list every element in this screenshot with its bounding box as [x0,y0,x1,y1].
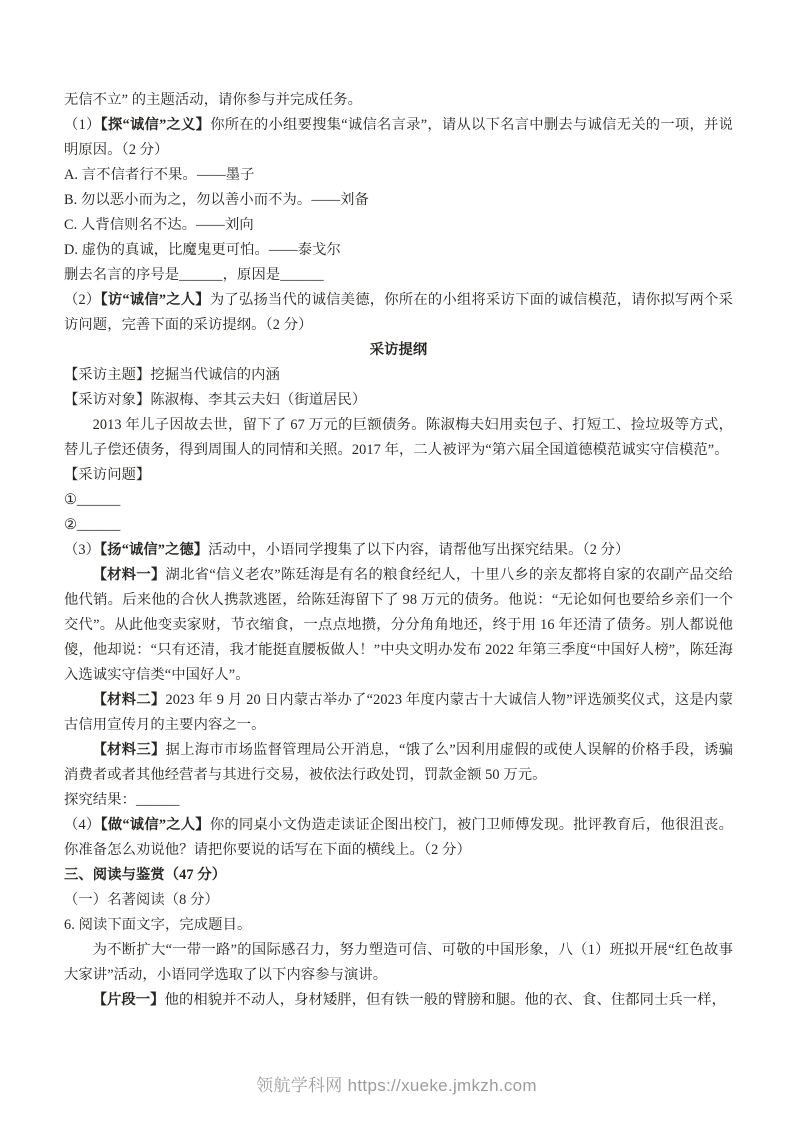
interview-theme: 【采访主题】挖掘当代诚信的内涵 [64,363,733,388]
bold-label: 【做“诚信”之人】 [100,817,209,833]
interview-outline-title: 采访提纲 [64,338,733,363]
fragment-1: 【片段一】他的相貌并不动人，身材矮胖，但有铁一般的臂膀和腿。他的衣、食、住都同士… [64,988,733,1013]
answer-blank-line: 删去名言的序号是______，原因是______ [64,263,733,288]
interview-subject: 【采访对象】陈淑梅、李其云夫妇（街道居民） [64,388,733,413]
text-run: D. 虚伪的真诚，比魔鬼更可怕。——泰戈尔 [64,242,341,258]
option-a: A. 言不信者行不果。——墨子 [64,163,733,188]
q6-intro: 为不断扩大“一带一路”的国际感召力，努力塑造可信、可敬的中国形象，八（1）班拟开… [64,938,733,988]
text-run: 探究结果：______ [64,792,179,808]
text-run: 6. 阅读下面文字，完成题目。 [64,917,251,933]
bold-label: 【材料二】 [93,692,166,708]
text-run: 为不断扩大“一带一路”的国际感召力，努力塑造可信、可敬的中国形象，八（1）班拟开… [64,942,733,983]
q5-part2: （2）【访“诚信”之人】为了弘扬当代的诚信美德，你所在的小组将采访下面的诚信模范… [64,288,733,338]
section-3-heading: 三、阅读与鉴赏（47 分） [64,863,733,888]
material-2: 【材料二】2023 年 9 月 20 日内蒙古举办了“2023 年度内蒙古十大诚… [64,688,733,738]
interview-question-blank-1: ①______ [64,488,733,513]
text-run: （一）名著阅读（8 分） [64,892,219,908]
text-run: 无信不立” 的主题活动，请你参与并完成任务。 [64,92,362,108]
watermark-footer: 领航学科网 https://xueke.jmkzh.com [0,1071,793,1096]
bold-label: 【材料一】 [93,567,166,583]
text-run: 删去名言的序号是______，原因是______ [64,267,324,283]
option-c: C. 人背信则名不达。——刘向 [64,213,733,238]
text-run: 2023 年 9 月 20 日内蒙古举办了“2023 年度内蒙古十大诚信人物”评… [64,692,733,733]
text-run: B. 勿以恶小而为之，勿以善小而不为。——刘备 [64,192,369,208]
text-run: A. 言不信者行不果。——墨子 [64,167,255,183]
bold-label: 【材料三】 [93,742,166,758]
subsection-1-heading: （一）名著阅读（8 分） [64,888,733,913]
text-run: 【采访问题】 [64,467,150,483]
text-run: （2） [64,292,100,308]
bold-label: 【片段一】 [93,992,165,1008]
watermark-url: https://xueke.jmkzh.com [348,1076,537,1095]
material-1: 【材料一】湖北省“信义老农”陈廷海是有名的粮食经纪人，十里八乡的亲友都将自家的农… [64,563,733,688]
text-run: ①______ [64,492,120,508]
interview-background: 2013 年儿子因故去世，留下了 67 万元的巨额债务。陈淑梅夫妇用卖包子、打短… [64,413,733,463]
option-d: D. 虚伪的真诚，比魔鬼更可怕。——泰戈尔 [64,238,733,263]
bold-label: 【扬“诚信”之德】 [100,542,208,558]
text-run: 他的相貌并不动人，身材矮胖，但有铁一般的臂膀和腿。他的衣、食、住都同士兵一样， [165,992,726,1008]
interview-questions-label: 【采访问题】 [64,463,733,488]
text-run: （1） [64,117,101,133]
exam-page: 无信不立” 的主题活动，请你参与并完成任务。（1）【探“诚信”之义】你所在的小组… [0,0,793,1122]
text-run: 2013 年儿子因故去世，留下了 67 万元的巨额债务。陈淑梅夫妇用卖包子、打短… [64,417,733,458]
text-run: 【采访对象】陈淑梅、李其云夫妇（街道居民） [64,392,366,408]
bold-label: 采访提纲 [370,342,428,358]
interview-question-blank-2: ②______ [64,513,733,538]
material-3: 【材料三】据上海市市场监督管理局公开消息，“饿了么”因利用虚假的或使人误解的价格… [64,738,733,788]
q5-part3: （3）【扬“诚信”之德】活动中，小语同学搜集了以下内容，请帮他写出探究结果。（2… [64,538,733,563]
text-run: C. 人背信则名不达。——刘向 [64,217,254,233]
text-run: 【采访主题】挖掘当代诚信的内涵 [64,367,280,383]
q6-stem: 6. 阅读下面文字，完成题目。 [64,913,733,938]
text-run: 湖北省“信义老农”陈廷海是有名的粮食经纪人，十里八乡的亲友都将自家的农副产品交给… [64,567,733,683]
q5-part1: （1）【探“诚信”之义】你所在的小组要搜集“诚信名言录”，请从以下名言中删去与诚… [64,113,733,163]
bold-label: 【探“诚信”之义】 [101,117,211,133]
q5-continued-line: 无信不立” 的主题活动，请你参与并完成任务。 [64,88,733,113]
bold-label: 【访“诚信”之人】 [100,292,209,308]
option-b: B. 勿以恶小而为之，勿以善小而不为。——刘备 [64,188,733,213]
text-run: （4） [64,817,100,833]
q5-part4: （4）【做“诚信”之人】你的同桌小文伪造走读证企图出校门，被门卫师傅发现。批评教… [64,813,733,863]
document-body: 无信不立” 的主题活动，请你参与并完成任务。（1）【探“诚信”之义】你所在的小组… [64,88,733,1013]
text-run: 活动中，小语同学搜集了以下内容，请帮他写出探究结果。（2 分） [208,542,629,558]
text-run: （3） [64,542,100,558]
exploration-result-blank: 探究结果：______ [64,788,733,813]
text-run: ②______ [64,517,120,533]
watermark-site-name: 领航学科网 [256,1076,343,1095]
bold-label: 三、阅读与鉴赏（47 分） [64,867,226,883]
